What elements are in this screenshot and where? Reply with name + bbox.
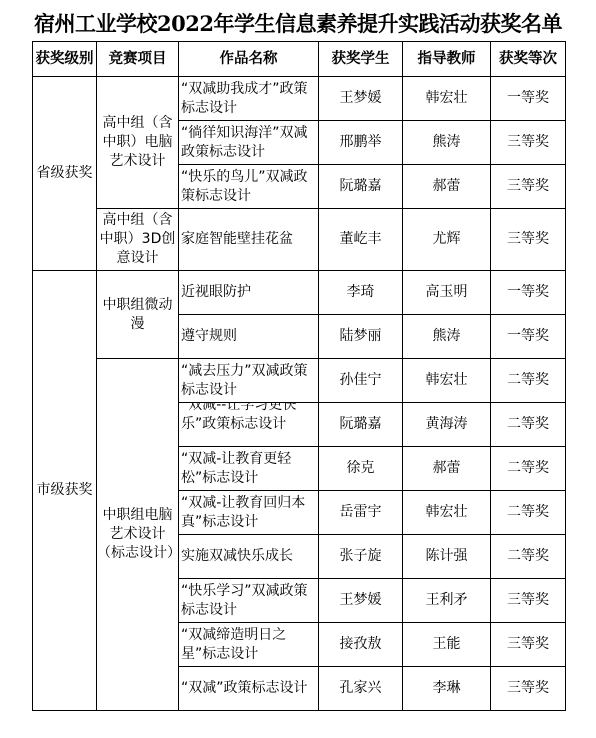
header-award: 获奖等次 <box>491 42 566 77</box>
competition-cell: 高中组（含中职）3D创意设计 <box>97 209 179 271</box>
work-cell: “双减-让教育更轻松”标志设计 <box>179 447 319 491</box>
award-cell: 一等奖 <box>491 77 566 121</box>
student-cell: 接孜敖 <box>319 623 403 667</box>
work-cell: “减去压力”双减政策标志设计 <box>179 359 319 403</box>
teacher-cell: 黄海涛 <box>403 403 491 447</box>
table-row: 高中组（含中职）3D创意设计 家庭智能壁挂花盆 董屹丰 尤辉 三等奖 <box>33 209 566 271</box>
award-cell: 二等奖 <box>491 491 566 535</box>
award-cell: 二等奖 <box>491 447 566 491</box>
teacher-cell: 王能 <box>403 623 491 667</box>
page-title: 宿州工业学校2022年学生信息素养提升实践活动获奖名单 <box>0 8 596 38</box>
header-student: 获奖学生 <box>319 42 403 77</box>
work-cell: “双减”政策标志设计 <box>179 667 319 711</box>
header-competition: 竞赛项目 <box>97 42 179 77</box>
table-row: 市级获奖 中职组微动漫 近视眼防护 李琦 高玉明 一等奖 <box>33 271 566 315</box>
teacher-cell: 熊涛 <box>403 315 491 359</box>
student-cell: 阮璐嘉 <box>319 165 403 209</box>
work-cell: 遵守规则 <box>179 315 319 359</box>
teacher-cell: 郝蕾 <box>403 165 491 209</box>
teacher-cell: 郝蕾 <box>403 447 491 491</box>
award-cell: 三等奖 <box>491 579 566 623</box>
work-cell: “快乐学习”双减政策标志设计 <box>179 579 319 623</box>
level-cell: 省级获奖 <box>33 77 97 271</box>
teacher-cell: 王利矛 <box>403 579 491 623</box>
table-row: 中职组电脑艺术设计（标志设计） “减去压力”双减政策标志设计 孙佳宁 韩宏壮 二… <box>33 359 566 403</box>
award-cell: 二等奖 <box>491 359 566 403</box>
teacher-cell: 陈计强 <box>403 535 491 579</box>
work-cell: 家庭智能壁挂花盆 <box>179 209 319 271</box>
level-cell: 市级获奖 <box>33 271 97 711</box>
work-cell: “快乐的鸟儿”双减政策标志设计 <box>179 165 319 209</box>
award-cell: 一等奖 <box>491 315 566 359</box>
header-level: 获奖级别 <box>33 42 97 77</box>
competition-cell: 中职组电脑艺术设计（标志设计） <box>97 359 179 711</box>
work-cell: 近视眼防护 <box>179 271 319 315</box>
student-cell: 王梦媛 <box>319 579 403 623</box>
teacher-cell: 尤辉 <box>403 209 491 271</box>
work-cell-clipped: “双减--让学习更快乐”政策标志设计 <box>179 403 319 447</box>
teacher-cell: 韩宏壮 <box>403 491 491 535</box>
table-row: 省级获奖 高中组（含中职）电脑艺术设计 “双减助我成才”政策标志设计 王梦媛 韩… <box>33 77 566 121</box>
award-cell: 三等奖 <box>491 209 566 271</box>
student-cell: 陆梦丽 <box>319 315 403 359</box>
student-cell: 李琦 <box>319 271 403 315</box>
competition-cell: 中职组微动漫 <box>97 271 179 359</box>
teacher-cell: 熊涛 <box>403 121 491 165</box>
student-cell: 孙佳宁 <box>319 359 403 403</box>
award-cell: 三等奖 <box>491 667 566 711</box>
award-cell: 二等奖 <box>491 403 566 447</box>
teacher-cell: 高玉明 <box>403 271 491 315</box>
work-cell: “双减助我成才”政策标志设计 <box>179 77 319 121</box>
student-cell: 徐克 <box>319 447 403 491</box>
header-row: 获奖级别 竞赛项目 作品名称 获奖学生 指导教师 获奖等次 <box>33 42 566 77</box>
student-cell: 张子旋 <box>319 535 403 579</box>
award-cell: 一等奖 <box>491 271 566 315</box>
student-cell: 邢鹏举 <box>319 121 403 165</box>
header-work: 作品名称 <box>179 42 319 77</box>
student-cell: 岳雷宇 <box>319 491 403 535</box>
work-cell: “双减-让教育回归本真”标志设计 <box>179 491 319 535</box>
teacher-cell: 李琳 <box>403 667 491 711</box>
student-cell: 王梦媛 <box>319 77 403 121</box>
student-cell: 阮璐嘉 <box>319 403 403 447</box>
student-cell: 董屹丰 <box>319 209 403 271</box>
awards-table: 获奖级别 竞赛项目 作品名称 获奖学生 指导教师 获奖等次 省级获奖 高中组（含… <box>32 41 566 711</box>
award-cell: 三等奖 <box>491 121 566 165</box>
teacher-cell: 韩宏壮 <box>403 359 491 403</box>
award-cell: 二等奖 <box>491 535 566 579</box>
award-cell: 三等奖 <box>491 623 566 667</box>
work-cell: “双减缔造明日之星”标志设计 <box>179 623 319 667</box>
work-cell: 实施双减快乐成长 <box>179 535 319 579</box>
work-cell: “徜徉知识海洋”双减政策标志设计 <box>179 121 319 165</box>
work-text: “双减--让学习更快乐”政策标志设计 <box>181 403 318 447</box>
competition-cell: 高中组（含中职）电脑艺术设计 <box>97 77 179 209</box>
teacher-cell: 韩宏壮 <box>403 77 491 121</box>
header-teacher: 指导教师 <box>403 42 491 77</box>
student-cell: 孔家兴 <box>319 667 403 711</box>
award-cell: 三等奖 <box>491 165 566 209</box>
